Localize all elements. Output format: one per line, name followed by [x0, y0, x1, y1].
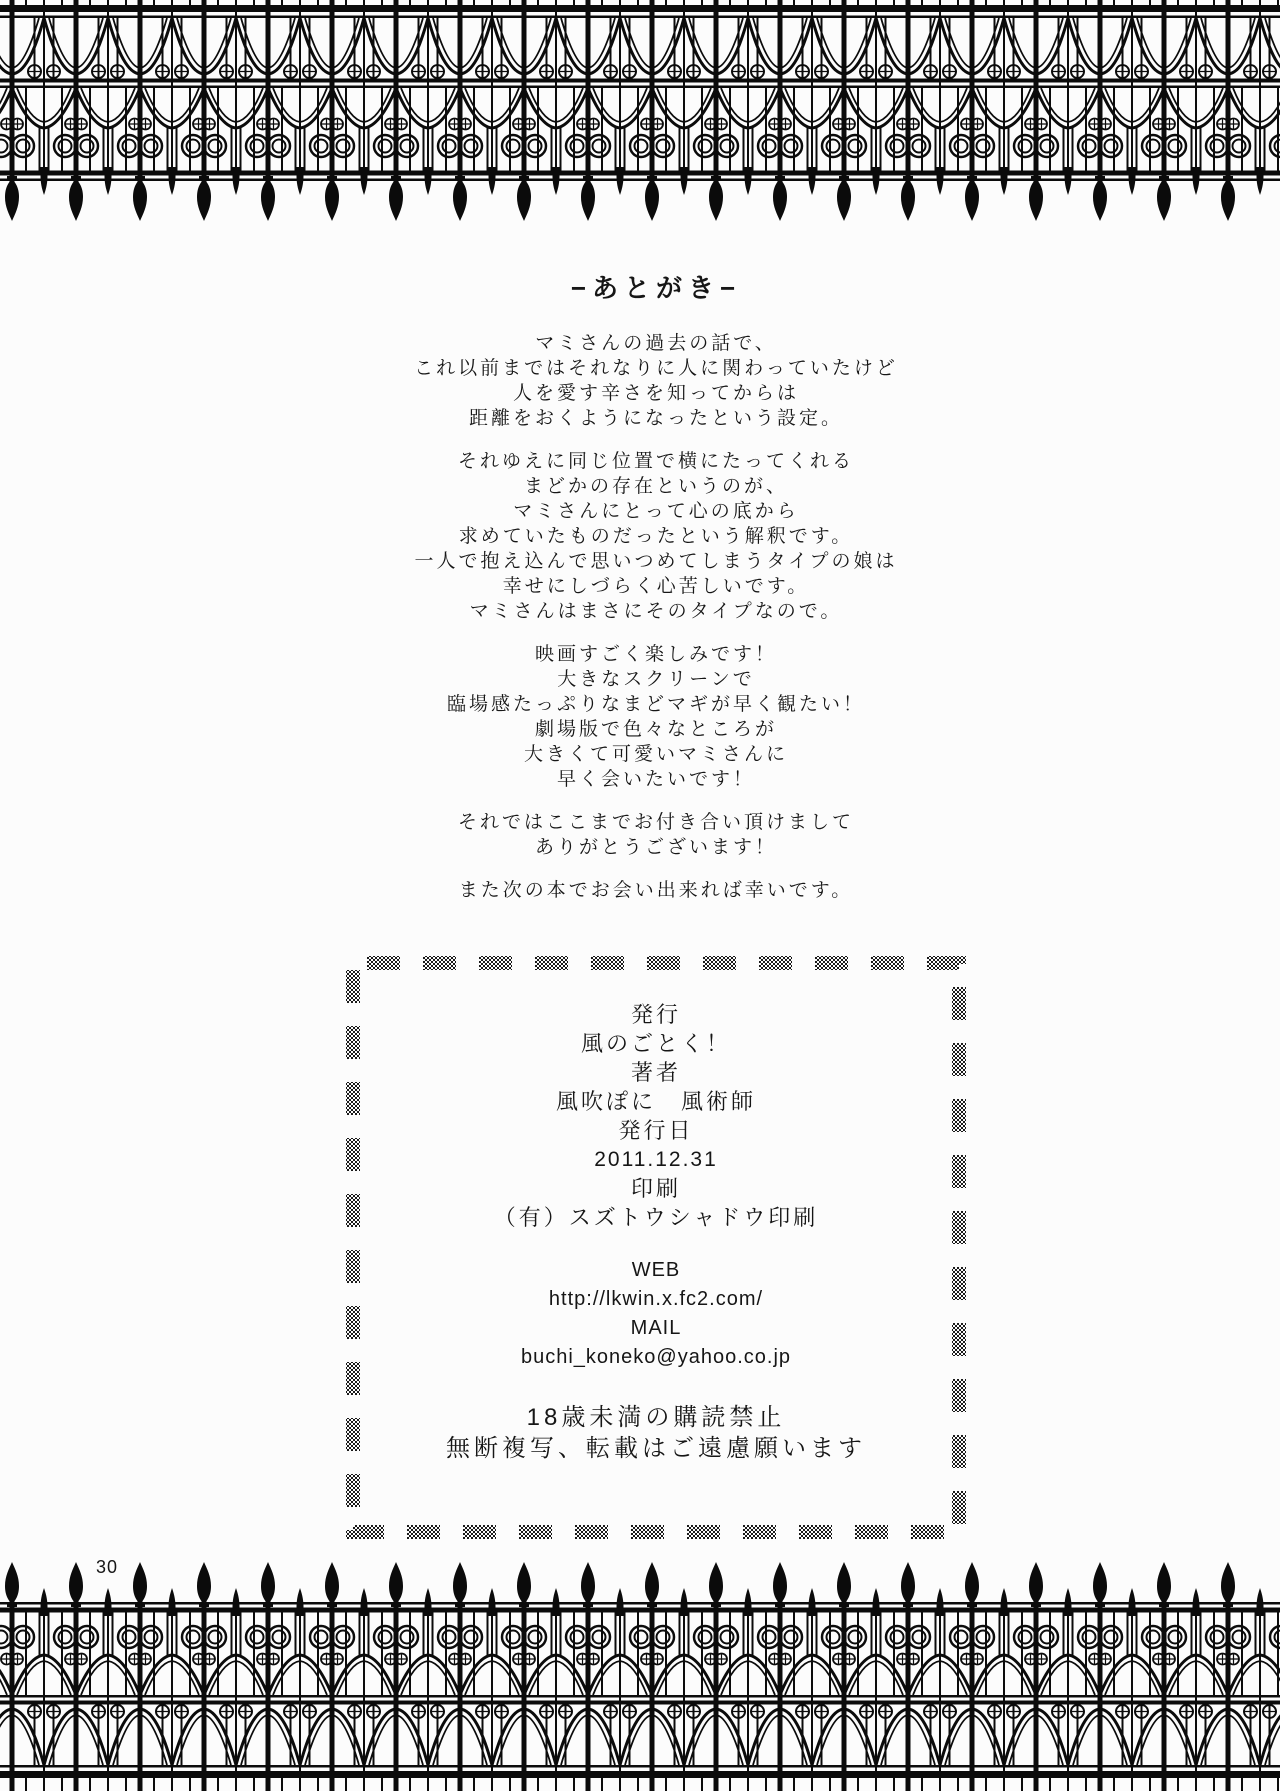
afterword-line: 大きなスクリーンで — [557, 669, 755, 690]
afterword-line: また次の本でお会い出来れば幸いです。 — [459, 880, 853, 901]
afterword-line: 臨場感たっぷりなまどマギが早く観たい！ — [447, 694, 865, 715]
colophon-mail-label: MAIL — [345, 1314, 967, 1343]
afterword-line: マミさんはまさにそのタイプなので。 — [470, 601, 843, 622]
colophon-date: 2011.12.31 — [345, 1145, 967, 1174]
iron-fence-bottom-decoration — [0, 1559, 1280, 1791]
website-url: http://lkwin.x.fc2.com/ — [345, 1285, 967, 1314]
iron-fence-top-decoration — [0, 0, 1280, 224]
afterword-line: 一人で抱え込んで思いつめてしまうタイプの娘は — [414, 551, 897, 572]
colophon-date-label: 発行日 — [345, 1116, 967, 1145]
colophon-box: 発行 風のごとく！ 著者 風吹ぽに 風術師 発行日 2011.12.31 印刷 … — [345, 955, 967, 1540]
afterword-paragraph: マミさんの過去の話で、 これ以前まではそれなりに人に関わっていたけど 人を愛す辛… — [16, 331, 1280, 431]
afterword-line: 人を愛す辛さを知ってからは — [513, 383, 799, 404]
afterword-paragraph: それではここまでお付き合い頂けまして ありがとうございます！ — [16, 810, 1280, 860]
afterword-line: 早く会いたいです！ — [557, 769, 755, 790]
age-restriction-notice: 18歳未満の購読禁止 — [345, 1402, 967, 1433]
afterword-line: ありがとうございます！ — [535, 837, 777, 858]
afterword-line: 距離をおくようになったという設定。 — [469, 408, 843, 429]
colophon-publisher-label: 発行 — [345, 1000, 967, 1029]
colophon-author-label: 著者 — [345, 1058, 967, 1087]
afterword-line: まどかの存在というのが、 — [524, 476, 788, 497]
afterword-line: これ以前まではそれなりに人に関わっていたけど — [414, 358, 898, 379]
colophon-printer-label: 印刷 — [345, 1174, 967, 1203]
email-address: buchi_koneko@yahoo.co.jp — [345, 1343, 967, 1372]
afterword-line: 求めていたものだったという解釈です。 — [459, 526, 853, 547]
doujin-afterword-page: −あとがき− マミさんの過去の話で、 これ以前まではそれなりに人に関わっていたけ… — [0, 0, 1280, 1791]
colophon-web-label: WEB — [345, 1256, 967, 1285]
afterword-line: 幸せにしづらく心苦しいです。 — [503, 576, 809, 597]
afterword-paragraph: それゆえに同じ位置で横にたってくれる まどかの存在というのが、 マミさんにとって… — [16, 449, 1280, 624]
colophon-printer: （有）スズトウシャドウ印刷 — [345, 1203, 967, 1232]
colophon-content: 発行 風のごとく！ 著者 風吹ぽに 風術師 発行日 2011.12.31 印刷 … — [345, 1000, 967, 1464]
afterword-line: 映画すごく楽しみです！ — [535, 644, 777, 665]
colophon-publisher: 風のごとく！ — [345, 1029, 967, 1058]
afterword-line: 劇場版で色々なところが — [535, 719, 777, 740]
afterword-line: マミさんの過去の話で、 — [535, 333, 777, 354]
afterword-body: マミさんの過去の話で、 これ以前まではそれなりに人に関わっていたけど 人を愛す辛… — [16, 331, 1280, 903]
colophon-author: 風吹ぽに 風術師 — [345, 1087, 967, 1116]
afterword-paragraph: また次の本でお会い出来れば幸いです。 — [16, 878, 1280, 903]
afterword-line: それゆえに同じ位置で横にたってくれる — [458, 451, 854, 472]
afterword-line: マミさんにとって心の底から — [513, 501, 799, 522]
afterword-line: それではここまでお付き合い頂けまして — [458, 812, 854, 833]
afterword-line: 大きくて可愛いマミさんに — [524, 744, 788, 765]
afterword-title: −あとがき− — [16, 268, 1280, 305]
copyright-notice: 無断複写、転載はご遠慮願います — [345, 1433, 967, 1464]
afterword-paragraph: 映画すごく楽しみです！ 大きなスクリーンで 臨場感たっぷりなまどマギが早く観たい… — [16, 642, 1280, 792]
